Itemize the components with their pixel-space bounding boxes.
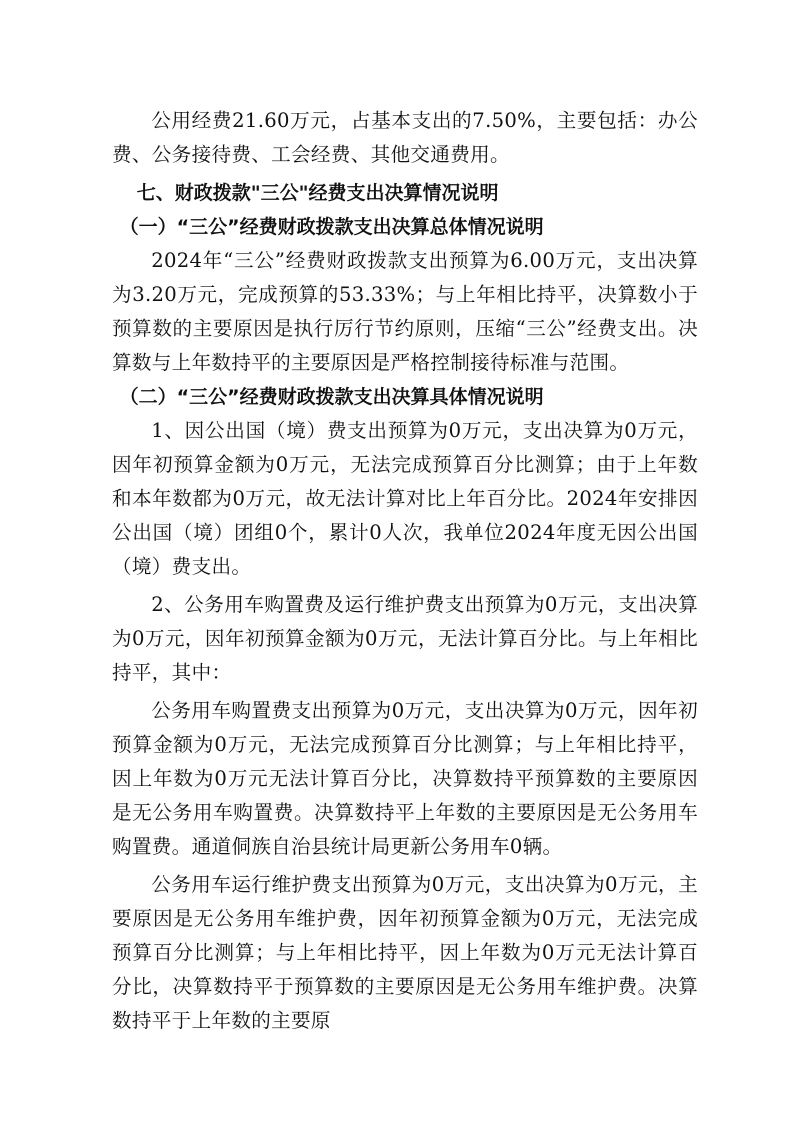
subsection-heading-details: （二）“三公”经费财政拨款支出决算具体情况说明 (112, 380, 698, 414)
paragraph-vehicle-maintenance: 公务用车运行维护费支出预算为0万元，支出决算为0万元，主要原因是无公务用车维护费… (112, 868, 698, 1038)
paragraph-overseas-travel: 1、因公出国（境）费支出预算为0万元，支出决算为0万元，因年初预算金额为0万元，… (112, 414, 698, 584)
document-page: 公用经费21.60万元，占基本支出的7.50%，主要包括：办公费、公务接待费、工… (112, 104, 698, 1038)
paragraph-vehicle-purchase: 公务用车购置费支出预算为0万元，支出决算为0万元，因年初预算金额为0万元，无法完… (112, 694, 698, 864)
paragraph-public-expenses: 公用经费21.60万元，占基本支出的7.50%，主要包括：办公费、公务接待费、工… (112, 104, 698, 172)
paragraph-overall-summary: 2024年“三公”经费财政拨款支出预算为6.00万元，支出决算为3.20万元，完… (112, 244, 698, 380)
section-heading-three-public-expenses: 七、财政拨款"三公"经费支出决算情况说明 (112, 176, 698, 210)
subsection-heading-overall: （一）“三公”经费财政拨款支出决算总体情况说明 (112, 210, 698, 244)
paragraph-vehicle-total: 2、公务用车购置费及运行维护费支出预算为0万元，支出决算为0万元，因年初预算金额… (112, 588, 698, 690)
